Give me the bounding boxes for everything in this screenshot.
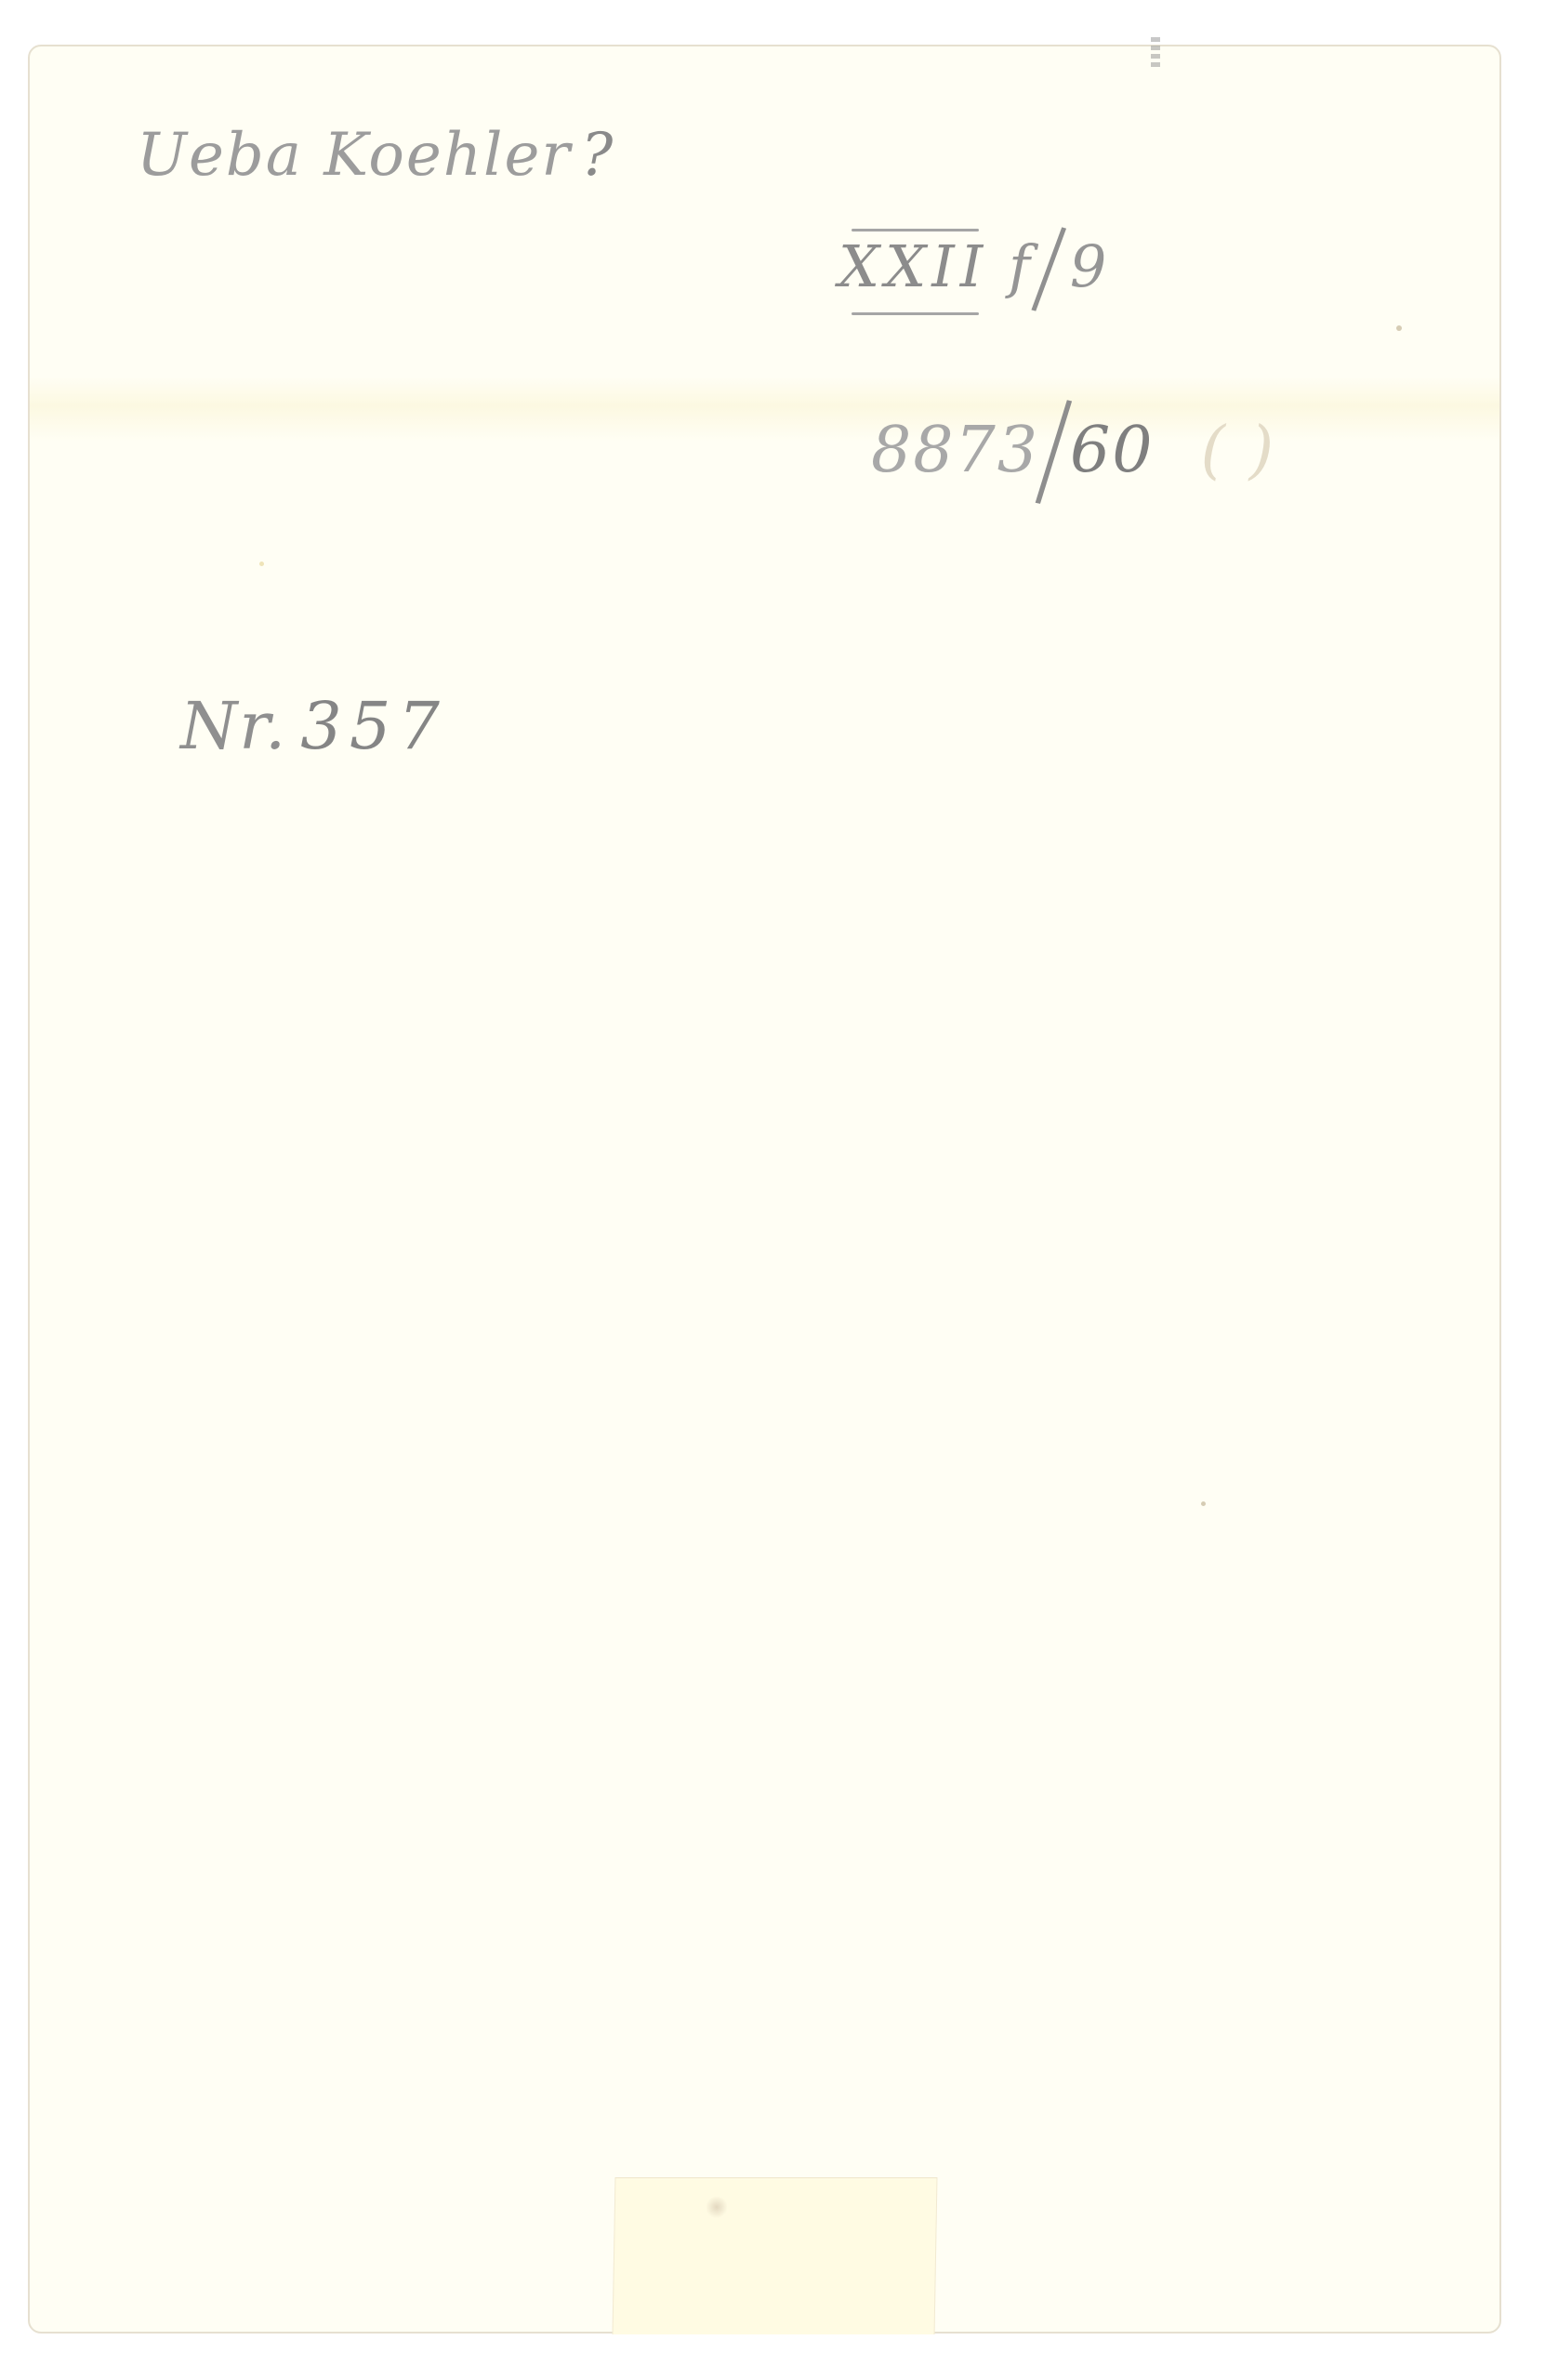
tape-strip (613, 2177, 938, 2334)
accession-number: 8873 (871, 414, 1039, 487)
paper-speck (1201, 1501, 1206, 1506)
paper-speck (1396, 325, 1402, 331)
archival-card: Ueba Koehler? XXII f/9 8873/60( ) Nr.357 (28, 45, 1501, 2334)
name-text: Ueba Koehler (137, 121, 572, 190)
tape-stain (706, 2195, 727, 2219)
accession-inscription: 8873/60( ) (871, 414, 1275, 487)
roman-numeral: XXII (839, 232, 988, 300)
query-mark: ? (581, 121, 614, 190)
item-number-value: 357 (300, 688, 447, 764)
item-number-prefix: Nr. (180, 688, 287, 764)
classification-separator: / (1035, 200, 1065, 333)
faint-note: ( ) (1201, 414, 1276, 487)
accession-year: 60 (1070, 414, 1155, 487)
paper-speck (259, 562, 264, 566)
classification-letter: f (1009, 232, 1032, 300)
show-through-band (30, 377, 1499, 442)
name-inscription: Ueba Koehler? (137, 121, 614, 190)
item-number-inscription: Nr.357 (180, 688, 447, 764)
classification-inscription: XXII f/9 (839, 232, 1108, 300)
stamp-mark (1151, 37, 1160, 71)
classification-number: 9 (1070, 232, 1108, 300)
